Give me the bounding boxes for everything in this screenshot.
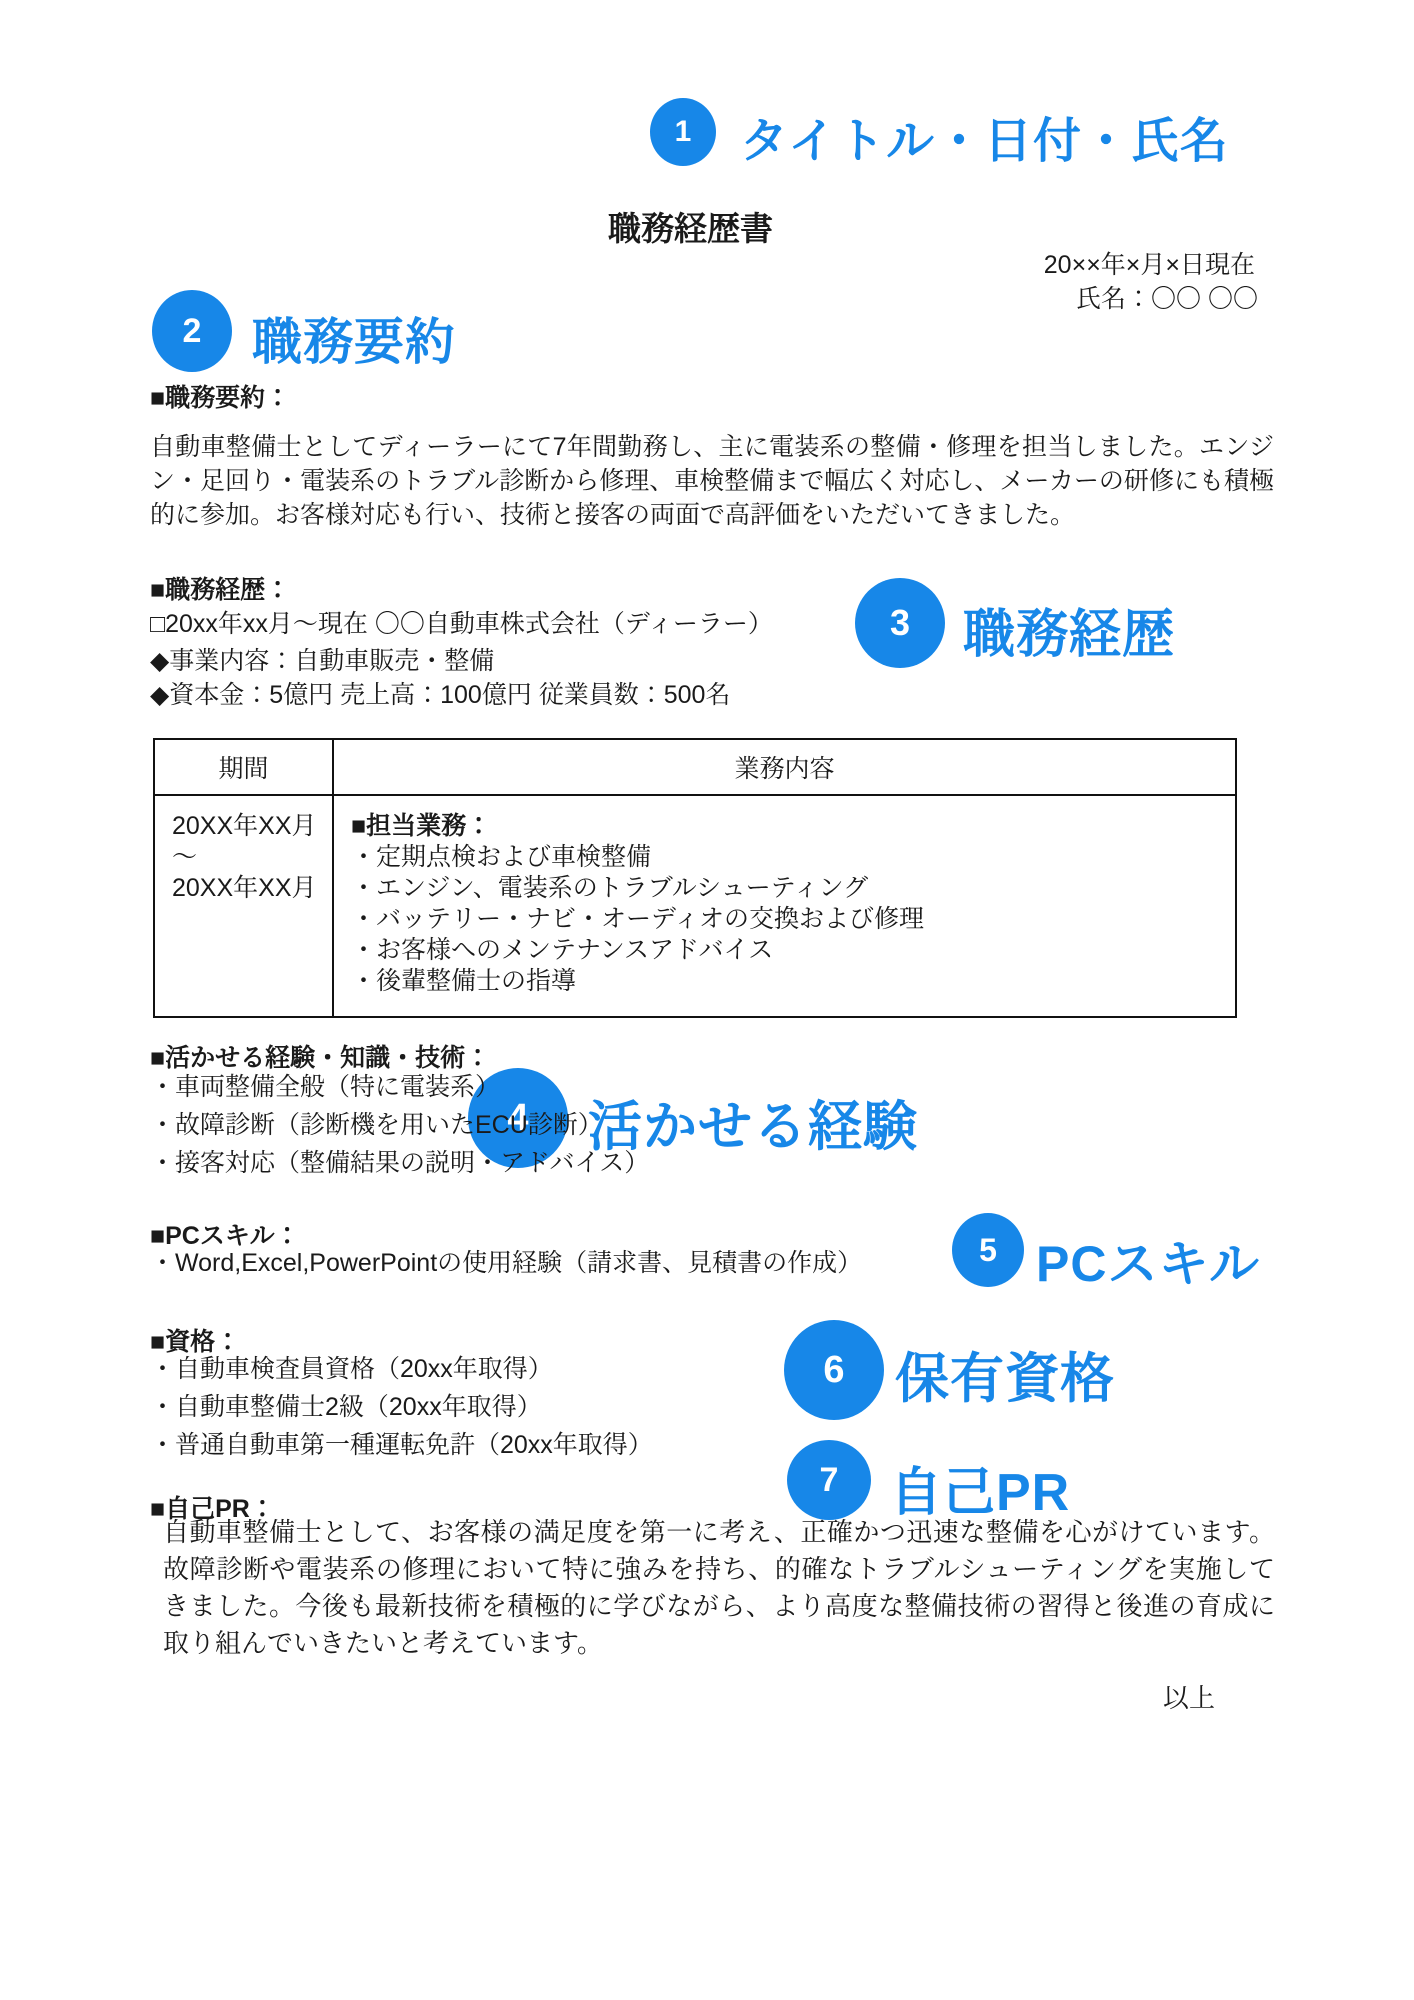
skills-item: ・車両整備全般（特に電装系） — [150, 1068, 649, 1106]
pr-body: 自動車整備士として、お客様の満足度を第一に考え、正確かつ迅速な整備を心がけていま… — [163, 1514, 1275, 1662]
career-heading: ■職務経歴： — [150, 570, 290, 606]
qualifications-list: ・自動車検査員資格（20xx年取得） ・自動車整備士2級（20xx年取得） ・普… — [150, 1350, 653, 1464]
career-table-duties-cell: ■担当業務： ・定期点検および車検整備 ・エンジン、電装系のトラブルシューティン… — [333, 795, 1236, 1017]
duty-item: ・後輩整備士の指導 — [351, 966, 1218, 997]
annotation-3-badge: 3 — [855, 578, 945, 668]
annotation-2-label: 職務要約 — [252, 302, 456, 374]
qualification-item: ・自動車整備士2級（20xx年取得） — [150, 1388, 653, 1426]
annotation-7-badge: 7 — [787, 1440, 871, 1520]
skills-item: ・接客対応（整備結果の説明・アドバイス） — [150, 1144, 649, 1182]
closing-text: 以上 — [1163, 1678, 1215, 1715]
period-line-tilde: ～ — [172, 842, 315, 873]
document-title: 職務経歴書 — [608, 203, 773, 250]
qualification-item: ・自動車検査員資格（20xx年取得） — [150, 1350, 653, 1388]
career-table-period-cell: 20XX年XX月 ～ 20XX年XX月 — [154, 795, 333, 1017]
document-date: 20××年×月×日現在 — [1044, 245, 1255, 281]
annotation-2-badge: 2 — [152, 290, 232, 372]
skills-item: ・故障診断（診断機を用いたECU診断） — [150, 1106, 649, 1144]
duty-item: ・お客様へのメンテナンスアドバイス — [351, 935, 1218, 966]
duty-item: ・バッテリー・ナビ・オーディオの交換および修理 — [351, 904, 1218, 935]
pc-skills-list: ・Word,Excel,PowerPointの使用経験（請求書、見積書の作成） — [150, 1244, 862, 1282]
summary-heading: ■職務要約： — [150, 378, 290, 414]
skills-list: ・車両整備全般（特に電装系） ・故障診断（診断機を用いたECU診断） ・接客対応… — [150, 1068, 649, 1182]
annotation-5-label: PCスキル — [1036, 1224, 1260, 1296]
resume-page: 1 タイトル・日付・氏名 2 職務要約 3 職務経歴 4 活かせる経験 5 PC… — [0, 0, 1414, 2000]
career-table-body-row: 20XX年XX月 ～ 20XX年XX月 ■担当業務： ・定期点検および車検整備 … — [154, 795, 1236, 1017]
period-line-end: 20XX年XX月 — [172, 873, 315, 904]
document-name: 氏名：〇〇 〇〇 — [1076, 279, 1258, 315]
career-capital-line: ◆資本金：5億円 売上高：100億円 従業員数：500名 — [150, 675, 730, 711]
career-company-line: □20xx年xx月〜現在 〇〇自動車株式会社（ディーラー） — [150, 604, 773, 640]
qualification-item: ・普通自動車第一種運転免許（20xx年取得） — [150, 1426, 653, 1464]
duty-item: ・エンジン、電装系のトラブルシューティング — [351, 873, 1218, 904]
annotation-5-badge: 5 — [952, 1213, 1024, 1287]
annotation-1-label: タイトル・日付・氏名 — [740, 102, 1229, 171]
period-line-start: 20XX年XX月 — [172, 811, 315, 842]
career-business-line: ◆事業内容：自動車販売・整備 — [150, 641, 494, 677]
career-table: 期間 業務内容 20XX年XX月 ～ 20XX年XX月 ■担当業務： ・定期点検… — [153, 738, 1237, 1018]
annotation-3-label: 職務経歴 — [963, 592, 1175, 667]
annotation-6-badge: 6 — [784, 1320, 884, 1420]
duties-heading: ■担当業務： — [351, 811, 1218, 842]
career-table-header-row: 期間 業務内容 — [154, 739, 1236, 795]
pc-skills-item: ・Word,Excel,PowerPointの使用経験（請求書、見積書の作成） — [150, 1244, 862, 1282]
annotation-6-label: 保有資格 — [895, 1336, 1115, 1413]
duty-item: ・定期点検および車検整備 — [351, 842, 1218, 873]
career-table-header-period: 期間 — [154, 739, 333, 795]
career-table-header-duties: 業務内容 — [333, 739, 1236, 795]
annotation-1-badge: 1 — [650, 98, 716, 166]
summary-body: 自動車整備士としてディーラーにて7年間勤務し、主に電装系の整備・修理を担当しまし… — [150, 430, 1274, 532]
